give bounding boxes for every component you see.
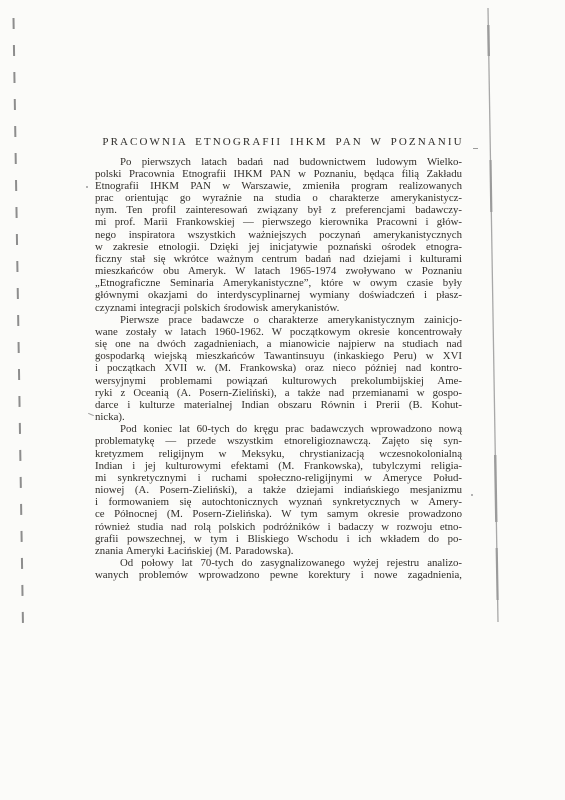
- text-line: głównymi okazjami do interdyscyplinarnej…: [95, 289, 462, 301]
- text-line: Indian i jej kulturowymi efektami (M. Fr…: [95, 460, 462, 472]
- text-line: kretyzmem religijnym w Meksyku, chrystia…: [95, 448, 462, 460]
- text-line: Pod koniec lat 60-tych do kręgu prac bad…: [95, 423, 462, 435]
- text-line: ce Północnej (M. Posern-Zielińska). W ty…: [95, 508, 462, 520]
- scan-speck: [86, 186, 88, 188]
- text-line: nicka).: [95, 411, 462, 423]
- page-edge-line-thick-segment-bottom: [497, 548, 498, 600]
- text-line: grafii powszechnej, w tym i Bliskiego Ws…: [95, 533, 462, 545]
- text-line: mi synkretycznymi i ruchami społeczno-re…: [95, 472, 462, 484]
- text-line: mieszkańców obu Ameryk. W latach 1965-19…: [95, 265, 462, 277]
- scan-speck: [473, 148, 478, 149]
- text-line: wanych problemów wprowadzono pewne korek…: [95, 569, 462, 581]
- text-line: Od połowy lat 70-tych do zasygnalizowane…: [95, 557, 462, 569]
- text-line: mi prof. Marii Frankowskiej — pierwszego…: [95, 216, 462, 228]
- page-edge-line: [488, 8, 498, 622]
- text-line: Po pierwszych latach badań nad budownict…: [95, 156, 462, 168]
- page-edge-line-thick-segment-top: [488, 25, 489, 56]
- text-line: się one na dwóch zagadnieniach, a mianow…: [95, 338, 462, 350]
- text-line: polski Pracownia Etnografii IHKM PAN w P…: [95, 168, 462, 180]
- text-line: prac orientując go wyraźnie na studia o …: [95, 192, 462, 204]
- page-title: PRACOWNIA ETNOGRAFII IHKM PAN W POZNANIU: [97, 136, 469, 148]
- scan-speck: [88, 413, 94, 416]
- document-body: Po pierwszych latach badań nad budownict…: [95, 156, 462, 582]
- text-line: nego inspiratora wszystkich ważniejszych…: [95, 229, 462, 241]
- text-line: ryki z Oceanią (A. Posern-Zieliński), a …: [95, 387, 462, 399]
- text-line: wersyjnymi problemami powiązań kulturowy…: [95, 375, 462, 387]
- text-line: ficzny stał się wkrótce ważnym centrum b…: [95, 253, 462, 265]
- scan-speck: [471, 494, 473, 496]
- text-line: „Etnograficzne Seminaria Amerykanistyczn…: [95, 277, 462, 289]
- text-line: nym. Ten profil zainteresowań związany b…: [95, 204, 462, 216]
- text-line: również studia nad rolą polskich podróżn…: [95, 521, 462, 533]
- text-line: Etnografii IHKM PAN w Warszawie, zmienił…: [95, 180, 462, 192]
- text-line: wane zostały w latach 1960-1962. W począ…: [95, 326, 462, 338]
- text-line: i początkach XVII w. (M. Frankowska) ora…: [95, 362, 462, 374]
- left-margin-dashed-line: [14, 18, 24, 627]
- text-line: gospodarką wiejską mieszkańców Tawantins…: [95, 350, 462, 362]
- text-line: i formowaniem się autochtonicznych wyzna…: [95, 496, 462, 508]
- page-edge-line-thick-segment-low: [495, 455, 496, 522]
- text-line: w zakresie etnologii. Dzięki jej inicjat…: [95, 241, 462, 253]
- text-line: znania Ameryki Łacińskiej (M. Paradowska…: [95, 545, 462, 557]
- page-edge-line-thick-segment-mid: [491, 160, 492, 212]
- text-line: Pierwsze prace badawcze o charakterze am…: [95, 314, 462, 326]
- text-line: czyznami integracji polskich środowisk a…: [95, 302, 462, 314]
- text-line: niowej (A. Posern-Zieliński), a także dz…: [95, 484, 462, 496]
- text-line: problematykę — przede wszystkim etnoreli…: [95, 435, 462, 447]
- text-line: darce i kulturze materialnej Indian obsz…: [95, 399, 462, 411]
